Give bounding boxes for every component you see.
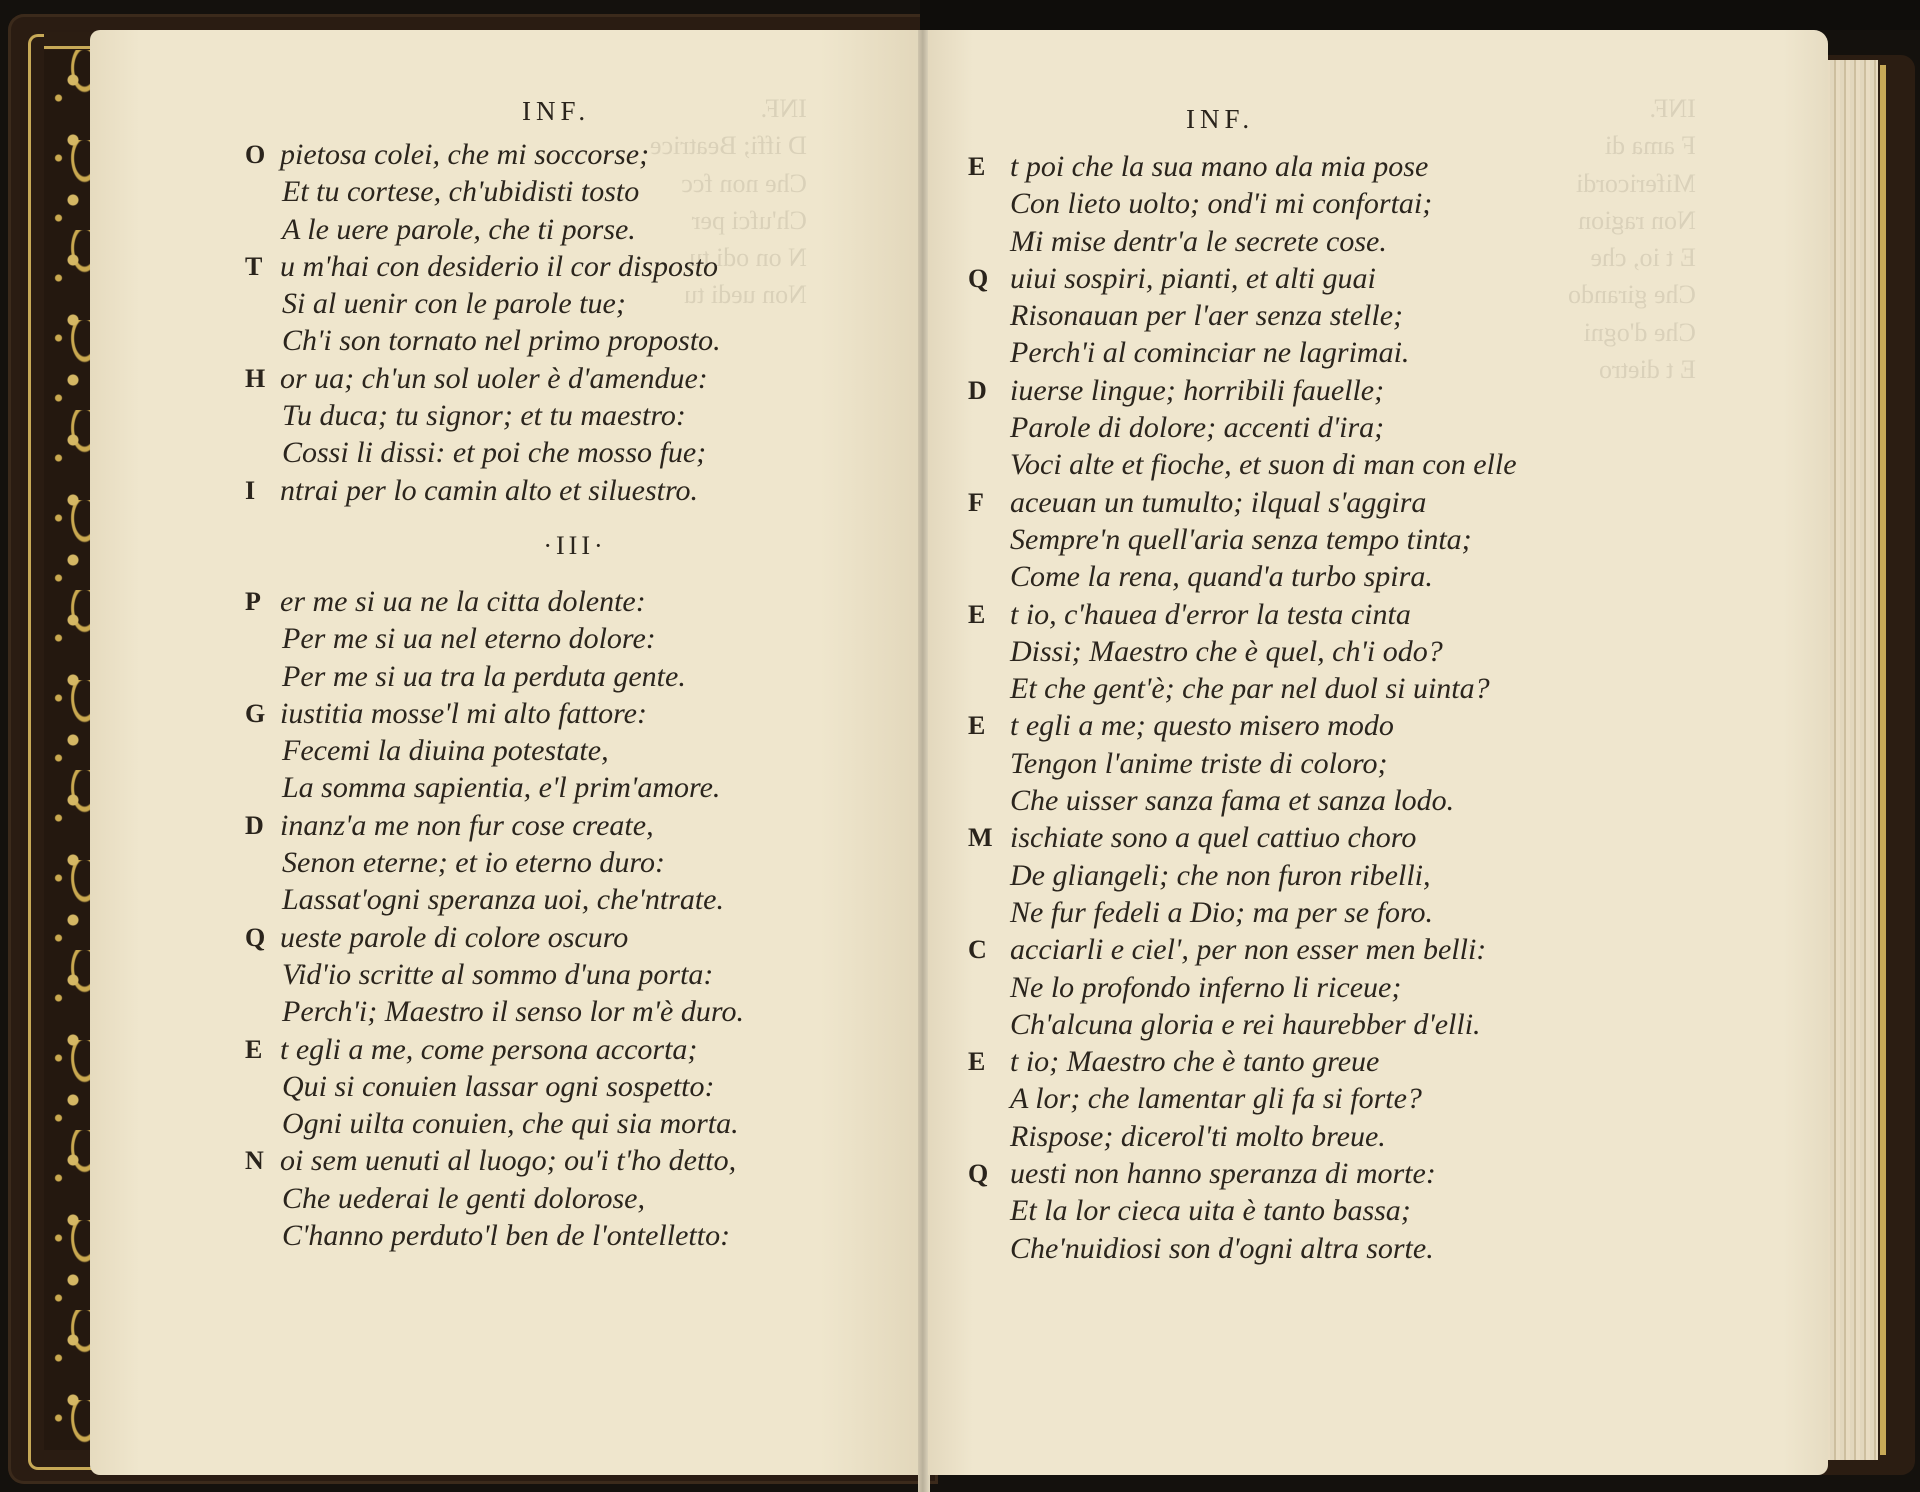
verse-line: La somma sapientia, e'l prim'amore. (245, 769, 905, 806)
verse-line: Diuerse lingue; horribili fauelle; (968, 372, 1728, 409)
verse-initial: I (245, 472, 255, 509)
verse-line: Mischiate sono a quel cattiuo choro (968, 819, 1728, 856)
verse-line: Et egli a me, come persona accorta; (245, 1031, 905, 1068)
verse-line: Qui si conuien lassar ogni sospetto: (245, 1068, 905, 1105)
verse-text: ischiate sono a quel cattiuo choro (1010, 819, 1416, 856)
running-head: INF. (1186, 104, 1254, 135)
verse-text: uiui sospiri, pianti, et alti guai (1010, 260, 1376, 297)
verse-line: Ne lo profondo inferno li riceue; (968, 969, 1728, 1006)
verse-initial: F (968, 484, 984, 521)
verse-line: Et egli a me; questo misero modo (968, 707, 1728, 744)
verse-text: aceuan un tumulto; ilqual s'aggira (1010, 484, 1426, 521)
verse-text: t io, c'hauea d'error la testa cinta (1010, 596, 1411, 633)
verse-text: Si al uenir con le parole tue; (282, 285, 626, 322)
verse-initial: E (968, 596, 985, 633)
verse-text: t egli a me; questo misero modo (1010, 707, 1394, 744)
verse-line: Che uisser sanza fama et sanza lodo. (968, 782, 1728, 819)
verse-text: Come la rena, quand'a turbo spira. (1010, 558, 1433, 595)
verse-initial: Q (968, 260, 988, 297)
verse-line: Vid'io scritte al sommo d'una porta: (245, 956, 905, 993)
verse-line: Fecemi la diuina potestate, (245, 732, 905, 769)
verse-text: Ogni uilta conuien, che qui sia morta. (282, 1105, 739, 1142)
verse-line: Per me si ua nel eterno dolore: (245, 620, 905, 657)
verse-text: Tu duca; tu signor; et tu maestro: (282, 397, 686, 434)
verse-line: Perch'i; Maestro il senso lor m'è duro. (245, 993, 905, 1030)
verse-text: Che uederai le genti dolorose, (282, 1180, 645, 1217)
verse-text: pietosa colei, che mi soccorse; (280, 136, 649, 173)
verse-initial: D (245, 807, 264, 844)
verse-initial: E (968, 148, 985, 185)
verse-text: er me si ua ne la citta dolente: (280, 583, 646, 620)
verse-text: t io; Maestro che è tanto greue (1010, 1043, 1379, 1080)
verse-text: Et la lor cieca uita è tanto bassa; (1010, 1192, 1411, 1229)
page-edges (1820, 60, 1878, 1460)
verse-text: Per me si ua tra la perduta gente. (282, 658, 686, 695)
verse-line: Parole di dolore; accenti d'ira; (968, 409, 1728, 446)
verse-text: or ua; ch'un sol uoler è d'amendue: (280, 360, 708, 397)
verse-line: Et che gent'è; che par nel duol si uinta… (968, 670, 1728, 707)
verse-line: Et la lor cieca uita è tanto bassa; (968, 1192, 1728, 1229)
verse-text: Sempre'n quell'aria senza tempo tinta; (1010, 521, 1472, 558)
verse-line: Ogni uilta conuien, che qui sia morta. (245, 1105, 905, 1142)
verse-text: Fecemi la diuina potestate, (282, 732, 609, 769)
verse-initial: E (968, 707, 985, 744)
verse-line: Cacciarli e ciel', per non esser men bel… (968, 931, 1728, 968)
verse-block-left: Opietosa colei, che mi soccorse;Et tu co… (245, 136, 905, 1254)
verse-line: Et io, c'hauea d'error la testa cinta (968, 596, 1728, 633)
verse-initial: E (245, 1031, 262, 1068)
verse-text: Voci alte et fioche, et suon di man con … (1010, 446, 1517, 483)
verse-line: Tengon l'anime triste di coloro; (968, 745, 1728, 782)
verse-text: Ne lo profondo inferno li riceue; (1010, 969, 1401, 1006)
verse-text: Con lieto uolto; ond'i mi confortai; (1010, 185, 1432, 222)
verse-line: Ch'alcuna gloria e rei haurebber d'elli. (968, 1006, 1728, 1043)
verse-line: Faceuan un tumulto; ilqual s'aggira (968, 484, 1728, 521)
verse-line: A lor; che lamentar gli fa si forte? (968, 1080, 1728, 1117)
verse-line: Quiui sospiri, pianti, et alti guai (968, 260, 1728, 297)
verse-text: Rispose; dicerol'ti molto breue. (1010, 1118, 1386, 1155)
verse-line: Rispose; dicerol'ti molto breue. (968, 1118, 1728, 1155)
verse-text: A lor; che lamentar gli fa si forte? (1010, 1080, 1422, 1117)
verse-block-right: Et poi che la sua mano ala mia poseCon l… (968, 148, 1728, 1267)
verse-line: Et io; Maestro che è tanto greue (968, 1043, 1728, 1080)
verse-text: Cossi li dissi: et poi che mosso fue; (282, 434, 706, 471)
verse-line: Intrai per lo camin alto et siluestro. (245, 472, 905, 509)
verse-line: De gliangeli; che non furon ribelli, (968, 857, 1728, 894)
verse-line: Che uederai le genti dolorose, (245, 1180, 905, 1217)
verse-line: Voci alte et fioche, et suon di man con … (968, 446, 1728, 483)
verse-text: iustitia mosse'l mi alto fattore: (280, 695, 647, 732)
verse-line: Dissi; Maestro che è quel, ch'i odo? (968, 633, 1728, 670)
verse-text: Parole di dolore; accenti d'ira; (1010, 409, 1384, 446)
verse-line: Dinanz'a me non fur cose create, (245, 807, 905, 844)
verse-text: De gliangeli; che non furon ribelli, (1010, 857, 1430, 894)
verse-line: Opietosa colei, che mi soccorse; (245, 136, 905, 173)
verse-text: La somma sapientia, e'l prim'amore. (282, 769, 720, 806)
verse-text: acciarli e ciel', per non esser men bell… (1010, 931, 1486, 968)
verse-text: Et tu cortese, ch'ubidisti tosto (282, 173, 639, 210)
verse-text: Et che gent'è; che par nel duol si uinta… (1010, 670, 1490, 707)
verse-text: Lassat'ogni speranza uoi, che'ntrate. (282, 881, 724, 918)
verse-text: Vid'io scritte al sommo d'una porta: (282, 956, 713, 993)
verse-text: Dissi; Maestro che è quel, ch'i odo? (1010, 633, 1443, 670)
verse-line: Che'nuidiosi son d'ogni altra sorte. (968, 1230, 1728, 1267)
verse-line: Si al uenir con le parole tue; (245, 285, 905, 322)
verse-text: Ch'i son tornato nel primo proposto. (282, 322, 721, 359)
verse-line: Mi mise dentr'a le secrete cose. (968, 223, 1728, 260)
verse-line: Hor ua; ch'un sol uoler è d'amendue: (245, 360, 905, 397)
verse-line: Senon eterne; et io eterno duro: (245, 844, 905, 881)
verse-line: Ch'i son tornato nel primo proposto. (245, 322, 905, 359)
verse-text: Tengon l'anime triste di coloro; (1010, 745, 1388, 782)
verse-initial: O (245, 136, 265, 173)
verse-initial: Q (968, 1155, 988, 1192)
verse-line: C'hanno perduto'l ben de l'ontelletto: (245, 1217, 905, 1254)
verse-initial: T (245, 248, 262, 285)
verse-text: oi sem uenuti al luogo; ou'i t'ho detto, (280, 1142, 736, 1179)
verse-line: Queste parole di colore oscuro (245, 919, 905, 956)
running-head: INF. (522, 96, 590, 127)
verse-initial: Q (245, 919, 265, 956)
verse-text: Perch'i al cominciar ne lagrimai. (1010, 334, 1409, 371)
gilt-edge-line (1880, 65, 1886, 1455)
verse-text: uesti non hanno speranza di morte: (1010, 1155, 1436, 1192)
verse-line: Ne fur fedeli a Dio; ma per se foro. (968, 894, 1728, 931)
verse-line: Tu duca; tu signor; et tu maestro: (245, 397, 905, 434)
verse-initial: C (968, 931, 987, 968)
verse-text: Che uisser sanza fama et sanza lodo. (1010, 782, 1454, 819)
verse-initial: N (245, 1142, 264, 1179)
verse-text: t poi che la sua mano ala mia pose (1010, 148, 1428, 185)
verse-line: A le uere parole, che ti porse. (245, 211, 905, 248)
verse-line: Sempre'n quell'aria senza tempo tinta; (968, 521, 1728, 558)
verse-text: u m'hai con desiderio il cor disposto (280, 248, 718, 285)
verse-initial: H (245, 360, 265, 397)
verse-line: Cossi li dissi: et poi che mosso fue; (245, 434, 905, 471)
verse-line: Et tu cortese, ch'ubidisti tosto (245, 173, 905, 210)
verse-text: t egli a me, come persona accorta; (280, 1031, 697, 1068)
verse-text: Qui si conuien lassar ogni sospetto: (282, 1068, 715, 1105)
verse-text: Che'nuidiosi son d'ogni altra sorte. (1010, 1230, 1434, 1267)
verse-text: ntrai per lo camin alto et siluestro. (280, 472, 698, 509)
verse-initial: E (968, 1043, 985, 1080)
verse-line: Perch'i al cominciar ne lagrimai. (968, 334, 1728, 371)
verse-line: Questi non hanno speranza di morte: (968, 1155, 1728, 1192)
verse-text: Perch'i; Maestro il senso lor m'è duro. (282, 993, 744, 1030)
verse-line: Giustitia mosse'l mi alto fattore: (245, 695, 905, 732)
verse-line: Tu m'hai con desiderio il cor disposto (245, 248, 905, 285)
verse-text: Ne fur fedeli a Dio; ma per se foro. (1010, 894, 1433, 931)
verse-text: Per me si ua nel eterno dolore: (282, 620, 656, 657)
verse-text: Senon eterne; et io eterno duro: (282, 844, 665, 881)
verse-line: Risonauan per l'aer senza stelle; (968, 297, 1728, 334)
verse-line: Per me si ua ne la citta dolente: (245, 583, 905, 620)
verse-line: Lassat'ogni speranza uoi, che'ntrate. (245, 881, 905, 918)
verse-initial: D (968, 372, 987, 409)
background (920, 0, 1920, 30)
verse-line: Et poi che la sua mano ala mia pose (968, 148, 1728, 185)
right-page[interactable]: INF. F ama di Mifericordi Non ragion E t… (928, 30, 1828, 1475)
verse-initial: M (968, 819, 993, 856)
left-page[interactable]: INF. D iffi; Beatrice Che non fcc Ch'ufc… (90, 30, 920, 1475)
verse-text: Mi mise dentr'a le secrete cose. (1010, 223, 1387, 260)
verse-text: Risonauan per l'aer senza stelle; (1010, 297, 1403, 334)
verse-initial: G (245, 695, 265, 732)
verse-line: Come la rena, quand'a turbo spira. (968, 558, 1728, 595)
verse-text: iuerse lingue; horribili fauelle; (1010, 372, 1384, 409)
verse-text: A le uere parole, che ti porse. (282, 211, 636, 248)
verse-text: C'hanno perduto'l ben de l'ontelletto: (282, 1217, 730, 1254)
verse-line: Con lieto uolto; ond'i mi confortai; (968, 185, 1728, 222)
verse-text: inanz'a me non fur cose create, (280, 807, 654, 844)
verse-text: ueste parole di colore oscuro (280, 919, 628, 956)
verse-initial: P (245, 583, 261, 620)
verse-line: Per me si ua tra la perduta gente. (245, 658, 905, 695)
verse-line: Noi sem uenuti al luogo; ou'i t'ho detto… (245, 1142, 905, 1179)
verse-text: Ch'alcuna gloria e rei haurebber d'elli. (1010, 1006, 1481, 1043)
canto-heading: ·III· (245, 509, 905, 583)
